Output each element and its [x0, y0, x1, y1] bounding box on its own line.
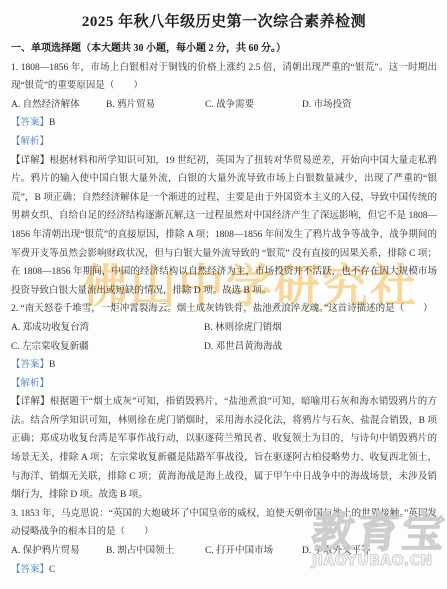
question-2-answer-value: B — [49, 360, 55, 370]
question-2-analysis-line: 【解析】 — [11, 375, 437, 394]
question-1-options: A. 自然经济解体 B. 鸦片贸易 C. 战争需要 D. 市场投资 — [11, 96, 437, 115]
analysis-label: 【解析】 — [11, 379, 49, 389]
question-1-answer-value: B — [49, 118, 55, 128]
question-2-option-b: B. 林则徐虎门销烟 — [204, 319, 437, 338]
analysis-label: 【解析】 — [11, 137, 49, 147]
answer-label: 【答案】 — [11, 360, 49, 370]
question-2-detail: 【详解】根据题干“烟土成灰”可知，指销毁鸦片，“盐池煮浪”可知，暗喻用石灰和海水… — [11, 393, 437, 505]
question-1-option-c: C. 战争需要 — [205, 96, 302, 115]
question-3-answer-line: 【答案】C — [11, 561, 437, 580]
answer-label: 【答案】 — [11, 565, 49, 575]
question-1-detail: 【详解】根据材料和所学知识可知，19 世纪初，英国为了扭转对华贸易逆差，开始向中… — [11, 152, 437, 301]
page-title: 2025 年秋八年级历史第一次综合素养检测 — [11, 12, 437, 32]
question-3-option-b: B. 割占中国领土 — [106, 542, 205, 561]
question-3-options: A. 保护鸦片贸易 B. 割占中国领土 C. 打开中国市场 D. 争取外交平等 — [11, 542, 437, 561]
question-3-answer-value: C — [49, 565, 55, 575]
detail-label: 【详解】 — [11, 397, 50, 407]
question-2-stem: 2. “南天怒卷千堆雪，一炬冲霄裂海云。烟土成灰铸铁骨，盐池煮浪淬龙魂。”这首诗… — [11, 300, 437, 319]
question-3-option-d: D. 争取外交平等 — [302, 542, 437, 561]
question-1-answer-line: 【答案】B — [11, 114, 437, 133]
question-2-option-c: C. 左宗棠收复新疆 — [11, 338, 204, 357]
question-1-option-b: B. 鸦片贸易 — [106, 96, 205, 115]
question-1-option-d: D. 市场投资 — [302, 96, 437, 115]
question-3-option-a: A. 保护鸦片贸易 — [11, 542, 106, 561]
question-2-answer-line: 【答案】B — [11, 356, 437, 375]
detail-label: 【详解】 — [11, 156, 50, 166]
question-3-stem: 3. 1853 年，马克思说：“英国的大炮破坏了中国皇帝的威权，迫使天朝帝国与地… — [11, 505, 437, 542]
document-content: 2025 年秋八年级历史第一次综合素养检测 一、单项选择题（本大题共 30 小题… — [0, 0, 447, 579]
question-3-option-c: C. 打开中国市场 — [205, 542, 302, 561]
question-2-options: A. 郑成功收复台湾 B. 林则徐虎门销烟 C. 左宗棠收复新疆 D. 邓世昌黄… — [11, 319, 437, 356]
question-2-option-a: A. 郑成功收复台湾 — [11, 319, 204, 338]
question-1-stem: 1. 1808—1856 年，市场上白银相对于铜钱的价格上涨约 2.5 倍，清朝… — [11, 59, 437, 96]
answer-label: 【答案】 — [11, 118, 49, 128]
exam-document-page: 佛山中学研究社 2025 年秋八年级历史第一次综合素养检测 一、单项选择题（本大… — [0, 0, 447, 589]
question-1-analysis-line: 【解析】 — [11, 133, 437, 152]
question-1-detail-text: 根据材料和所学知识可知，19 世纪初，英国为了扭转对华贸易逆差，开始向中国大量走… — [11, 156, 437, 296]
section-header: 一、单项选择题（本大题共 30 小题，每小题 2 分，共 60 分。） — [11, 40, 437, 59]
question-1-option-a: A. 自然经济解体 — [11, 96, 106, 115]
question-2-option-d: D. 邓世昌黄海海战 — [204, 338, 437, 357]
question-2-detail-text: 根据题干“烟土成灰”可知，指销毁鸦片，“盐池煮浪”可知，暗喻用石灰和海水销毁鸦片… — [11, 397, 437, 500]
